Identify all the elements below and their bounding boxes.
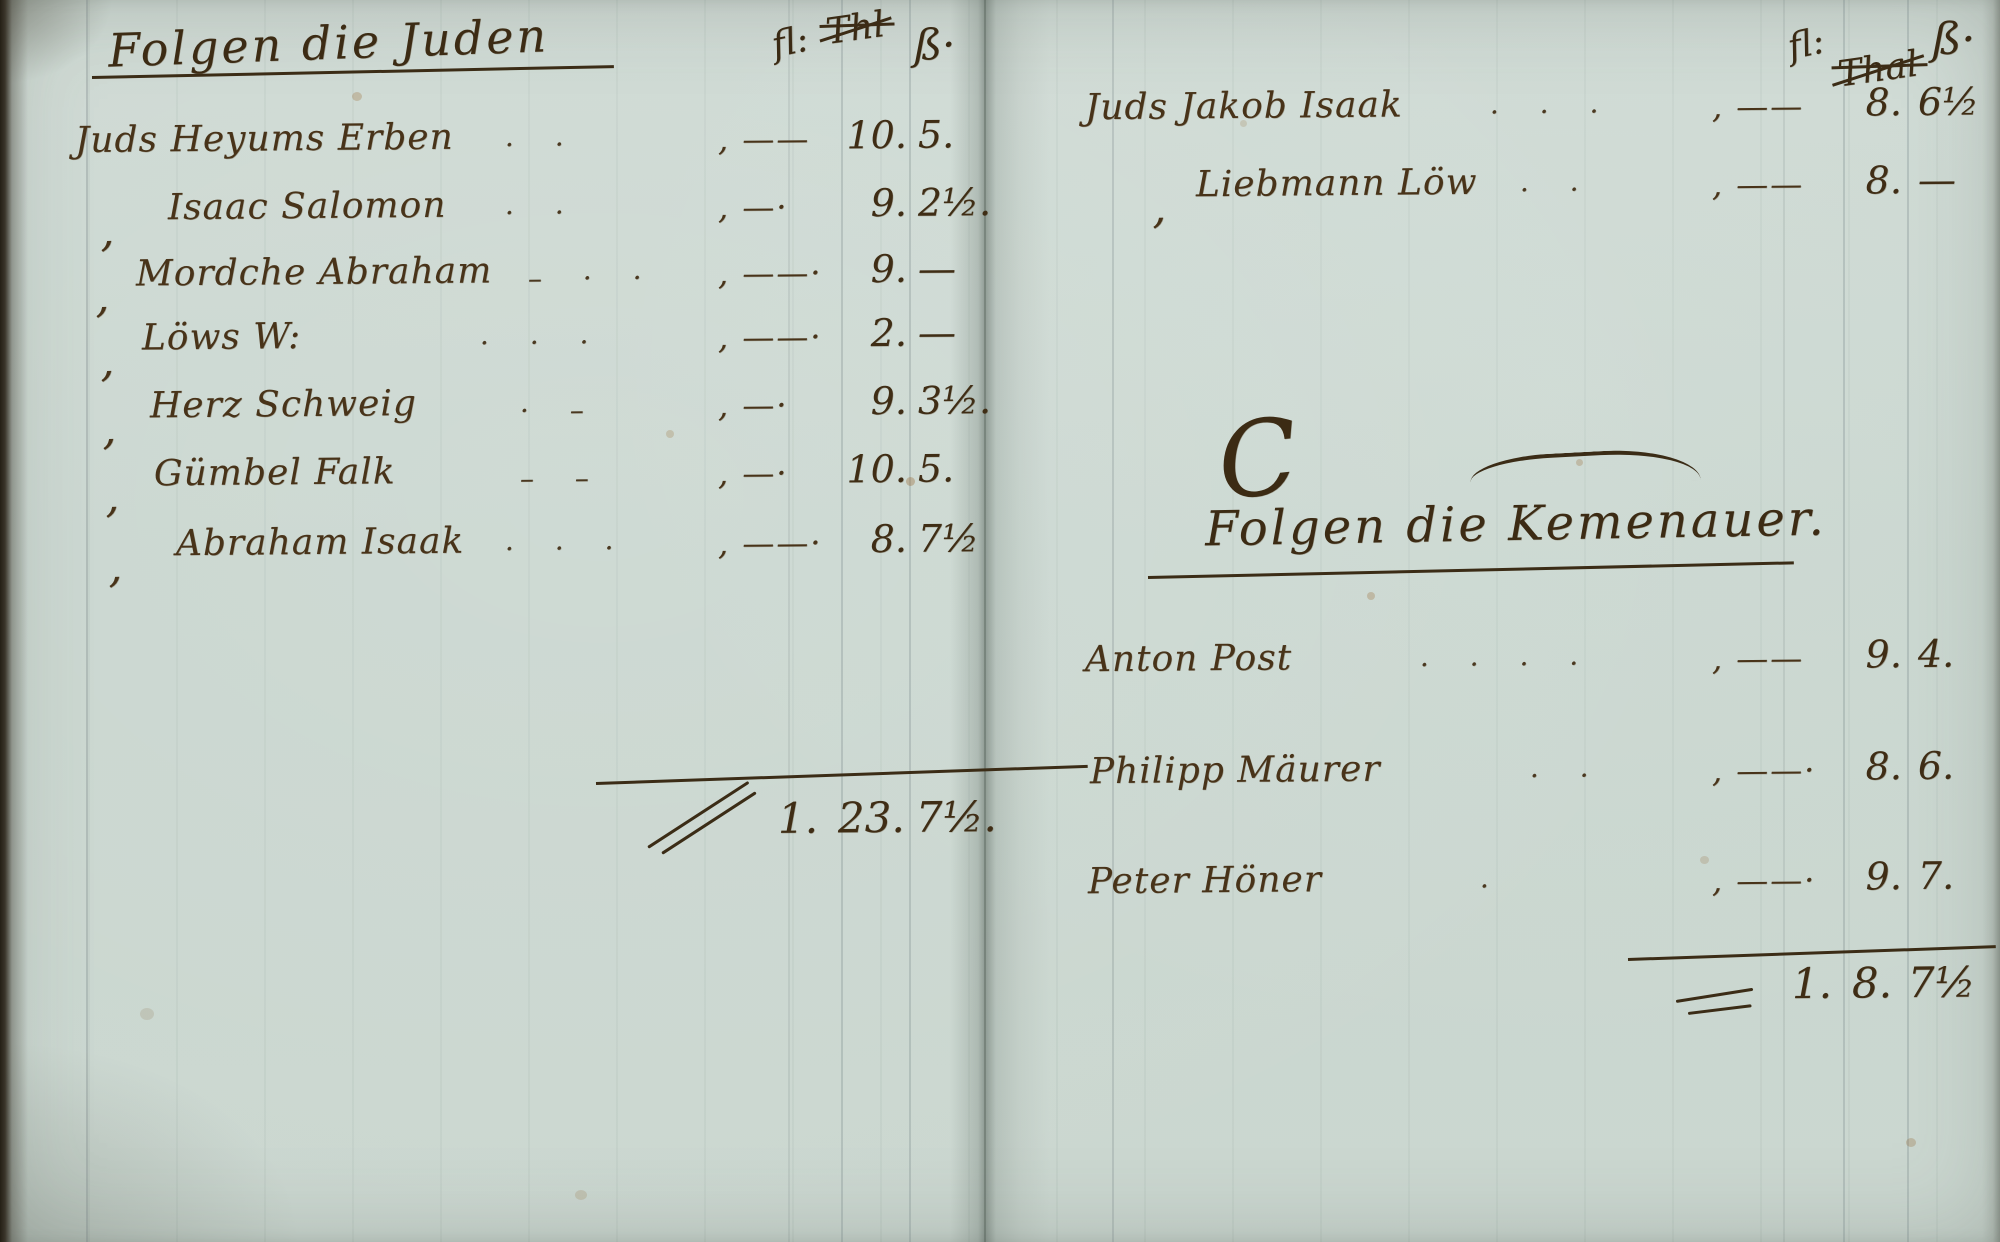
amount-kr: — [918,246,1002,291]
entry-name: Liebmann Löw [1196,162,1478,205]
amount-kr: 5. [918,446,1002,491]
entry-name: Peter Höner [1088,859,1322,902]
entry-name: Gümbel Falk [154,451,396,494]
total-col1: 1. [1792,959,1833,1008]
leader-dots: · · · [1490,95,1615,129]
ditto-mark: ‚ [102,404,116,455]
total-row: 1. 8. 7½ [0,957,2000,1044]
amount-fl: 9. [1840,854,1902,899]
amount-kr: 4. [1918,631,2000,676]
amount-fl: 8. [1840,158,1902,203]
total-col2: 8. [1852,958,1893,1007]
column-header-fl: fl: [768,19,812,67]
column-header-ss: ß· [1932,14,1975,65]
ditto-mark: ‚ [100,336,114,387]
leader-dots: · · [1520,173,1595,207]
leader-dots: · · [1530,759,1605,793]
leader-dash: , —— [1712,87,1805,126]
entry-name: Löws W: [142,316,302,358]
ditto-mark: ‚ [1152,183,1166,234]
amount-kr: 6. [1918,743,2000,788]
entry-name: Anton Post [1085,637,1293,680]
total-col3: 7½ [1908,957,1976,1007]
ditto-mark: ‚ [105,472,119,523]
leader-dots: – – [520,461,605,495]
foxing-spot [1367,592,1375,600]
leader-dash: , ——· [718,318,823,357]
entry-name: Herz Schweig [150,383,417,426]
leader-dash: , —· [718,386,789,425]
ditto-mark: ‚ [108,542,122,593]
amount-fl: 10. [845,447,907,492]
amount-kr: 6½ [1918,79,2000,124]
column-header-thl: Thl [823,4,887,53]
leader-dash: , —· [718,454,789,493]
entry-name: Philipp Mäurer [1090,749,1381,793]
amount-fl: 8. [845,517,907,562]
leader-dots: · [1480,870,1505,903]
amount-kr: — [918,310,1002,355]
amount-fl: 9. [845,379,907,424]
foxing-spot [1906,1138,1916,1147]
entry-name: Juds Jakob Isaak [1085,84,1403,128]
leader-dash: , ——· [718,524,823,563]
amount-fl: 9. [845,247,907,292]
amount-fl: 8. [1840,744,1902,789]
leader-dash: , ——· [1712,861,1817,900]
amount-fl: 8. [1840,80,1902,125]
leader-dots: · · · [480,325,605,359]
column-header-ss: ß· [914,20,955,69]
leader-dots: · · · · [1420,647,1595,682]
amount-kr: 7. [1918,853,2000,898]
amount-kr: — [1918,157,2000,202]
leader-dash: , ——· [1712,751,1817,790]
ledger-row: Anton Post · · · · , —— 9. 4. [0,631,2000,722]
leader-dash: , —— [1712,639,1805,678]
ditto-mark: ‚ [95,272,109,323]
leader-dash: , ——· [718,254,823,293]
entry-name: Abraham Isaak [176,521,465,565]
leader-dash: , —— [1712,165,1805,204]
amount-kr: 7½ [918,516,1002,561]
entry-name: Mordche Abraham [136,250,493,294]
ledger-spread: Folgen die Juden fl: Thl ß· Juds Heyums … [0,0,2000,1242]
amount-kr: 3½. [918,378,1002,423]
leader-dots: – · · [528,261,658,295]
amount-fl: 2. [845,311,907,356]
amount-fl: 9. [1840,632,1902,677]
leader-dots: · – [520,393,600,427]
section-heading-kemenauer: Folgen die Kemenauer. [1205,491,1828,558]
leader-dots: · · · [505,531,630,565]
foxing-spot [575,1190,587,1200]
